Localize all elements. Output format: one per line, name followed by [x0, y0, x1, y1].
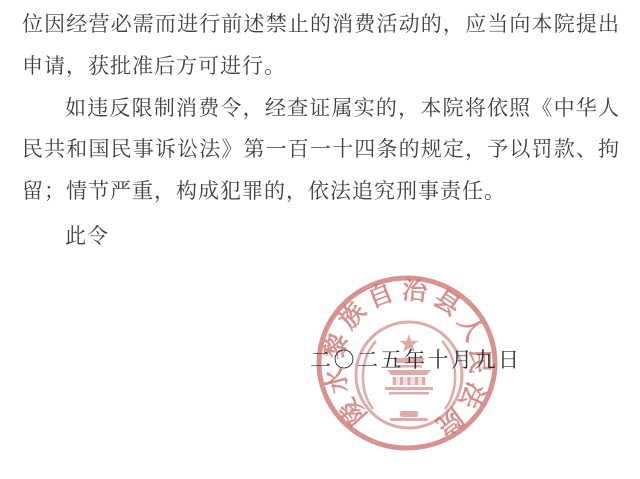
svg-text:法: 法	[453, 378, 490, 414]
document-date: 二〇二五年十月九日	[310, 344, 522, 374]
svg-text:人: 人	[452, 311, 489, 346]
svg-text:陵: 陵	[335, 393, 373, 430]
document-line: 民共和国民事诉讼法》第一百一十四条的规定，予以罚款、拘	[22, 137, 619, 161]
document-line: 如违反限制消费令，经查证属实的，本院将依照《中华人	[65, 96, 619, 120]
national-emblem-icon	[356, 322, 462, 428]
svg-text:院: 院	[431, 403, 468, 440]
svg-text:县: 县	[429, 284, 465, 321]
document-line: 位因经营必需而进行前述禁止的消费活动的，应当向本院提出	[22, 12, 619, 36]
svg-text:自: 自	[364, 278, 398, 313]
gear-icon	[400, 411, 418, 417]
document-page: 位因经营必需而进行前述禁止的消费活动的，应当向本院提出 申请，获批准后方可进行。…	[0, 0, 640, 479]
document-order-closing: 此令	[65, 224, 109, 248]
svg-text:族: 族	[334, 297, 372, 334]
svg-text:治: 治	[401, 275, 430, 307]
document-line: 申请，获批准后方可进行。	[22, 54, 286, 78]
document-line: 留；情节严重，构成犯罪的，依法追究刑事责任。	[22, 179, 506, 203]
